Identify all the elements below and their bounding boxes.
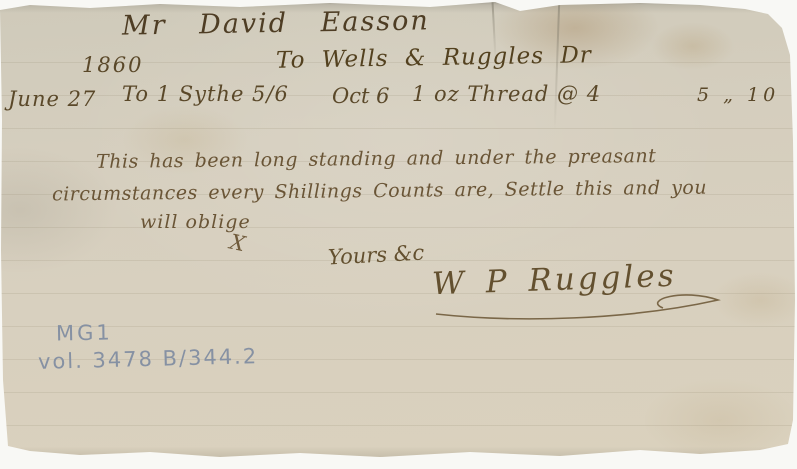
addressee-line: Mr David Easson [122, 5, 430, 41]
entry-date: June 27 [8, 87, 96, 111]
paper-sheet: Mr David Easson 1860 To Wells & Ruggles … [0, 0, 797, 462]
closing-line: Yours &c [327, 241, 424, 270]
scanned-document: Mr David Easson 1860 To Wells & Ruggles … [0, 0, 797, 469]
debit-header: To Wells & Ruggles Dr [276, 42, 592, 74]
archival-ref-line-1: MG1 [56, 321, 113, 346]
signature-flourish [428, 268, 738, 323]
entry-date-2: Oct 6 [332, 84, 389, 108]
entry-amount: 5 „ 10 [697, 84, 779, 106]
entry-item-2: 1 oz Thread @ 4 [412, 82, 601, 106]
paper-bottom-edge [0, 440, 797, 462]
year-label: 1860 [82, 53, 143, 77]
entry-item: To 1 Sythe 5/6 [122, 82, 289, 106]
